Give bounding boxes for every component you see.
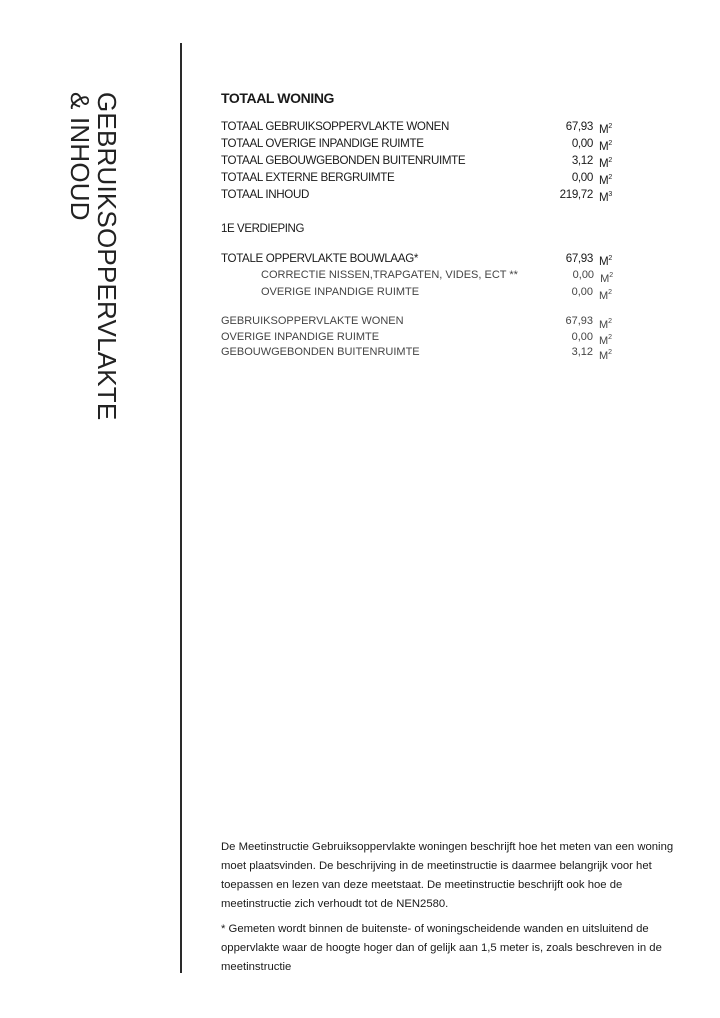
table-row: TOTAAL GEBRUIKSOPPERVLAKTE WONEN 67,93 M…	[221, 118, 621, 135]
table-row-summary: GEBOUWGEBONDEN BUITENRUIMTE 3,12 M2	[221, 345, 621, 360]
table-row: TOTAAL EXTERNE BERGRUIMTE 0,00 M2	[221, 169, 621, 186]
table-row-summary: GEBRUIKSOPPERVLAKTE WONEN 67,93 M2	[221, 313, 621, 330]
table-row-indent: OVERIGE INPANDIGE RUIMTE 0,00 M2	[221, 284, 621, 301]
side-title-line1: GEBRUIKSOPPERVLAKTE	[93, 92, 120, 420]
footnotes: De Meetinstructie Gebruiksoppervlakte wo…	[221, 838, 691, 983]
totaal-table: TOTAAL GEBRUIKSOPPERVLAKTE WONEN 67,93 M…	[221, 118, 621, 203]
table-row: TOTAAL GEBOUWGEBONDEN BUITENRUIMTE 3,12 …	[221, 152, 621, 169]
note-asterisk: * Gemeten wordt binnen de buitenste- of …	[221, 920, 691, 977]
measurement-content: TOTAAL WONING TOTAAL GEBRUIKSOPPERVLAKTE…	[221, 88, 621, 360]
vertical-divider	[180, 43, 182, 973]
page-side-title: GEBRUIKSOPPERVLAKTE & INHOUD	[66, 92, 120, 420]
table-row: TOTAAL OVERIGE INPANDIGE RUIMTE 0,00 M2	[221, 135, 621, 152]
table-row: TOTAAL INHOUD 219,72 M3	[221, 186, 621, 203]
section-title-totaal: TOTAAL WONING	[221, 88, 621, 108]
table-row-main: TOTALE OPPERVLAKTE BOUWLAAG* 67,93 M2	[221, 250, 621, 267]
side-title-line2: & INHOUD	[66, 92, 93, 420]
verdieping-table: TOTALE OPPERVLAKTE BOUWLAAG* 67,93 M2 CO…	[221, 250, 621, 360]
table-row-summary: OVERIGE INPANDIGE RUIMTE 0,00 M2	[221, 330, 621, 345]
note-meetinstructie: De Meetinstructie Gebruiksoppervlakte wo…	[221, 838, 691, 914]
section-title-verdieping: 1E VERDIEPING	[221, 221, 621, 238]
table-row-indent: CORRECTIE NISSEN,TRAPGATEN, VIDES, ECT *…	[221, 267, 621, 284]
